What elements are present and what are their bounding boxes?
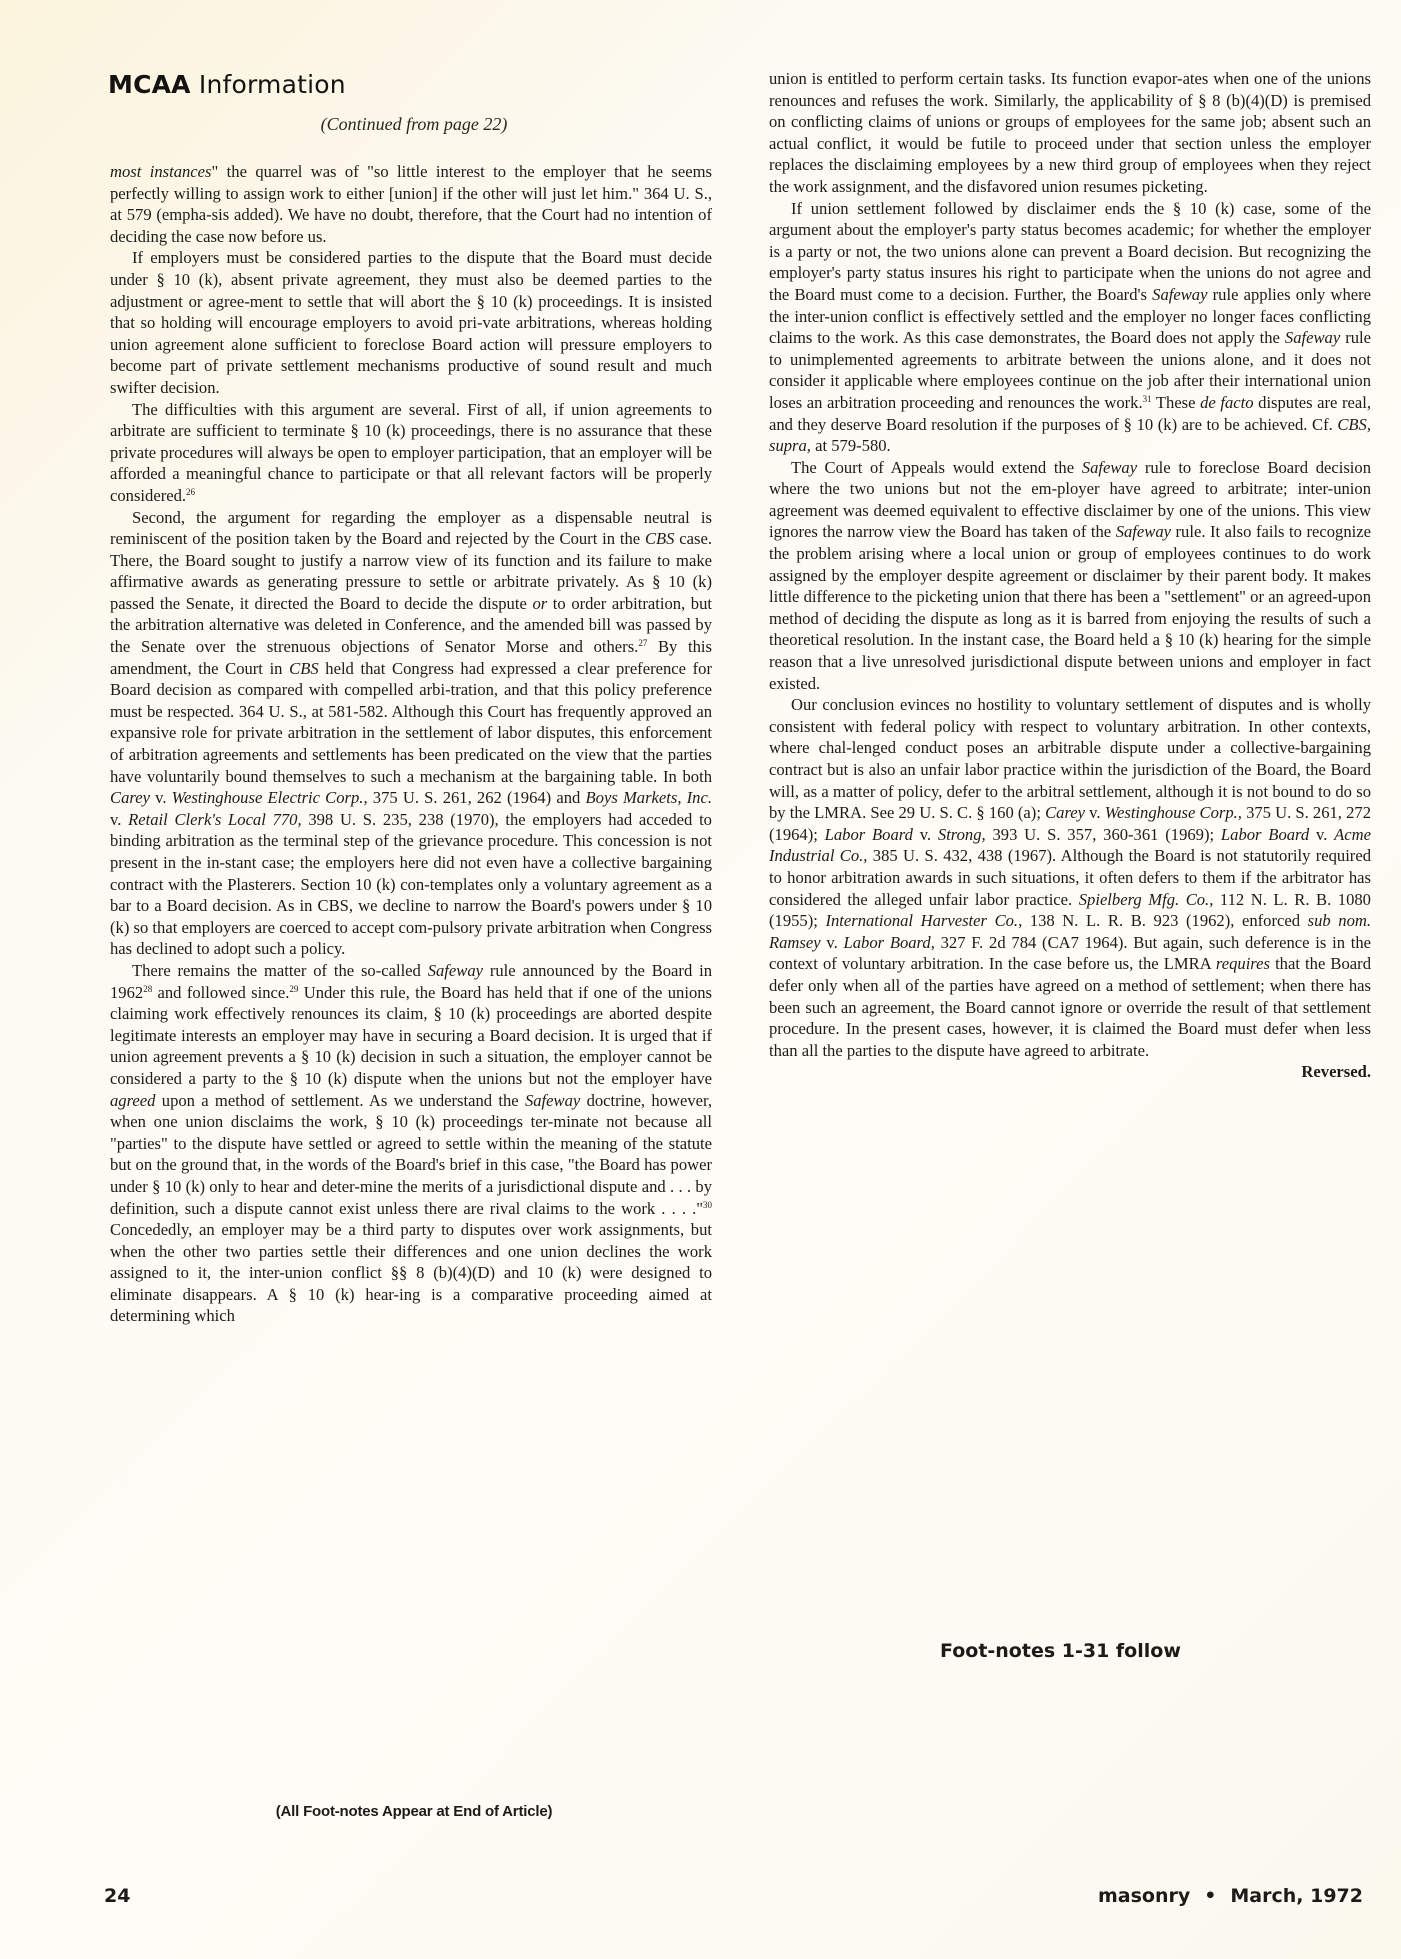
issue-date: March, 1972 — [1230, 1885, 1363, 1907]
closing-reversed: Reversed. — [769, 1061, 1371, 1083]
body-text: There remains the matter of the so-calle… — [132, 961, 428, 980]
continued-note: (Continued from page 22) — [108, 114, 720, 135]
body-text: v. — [821, 933, 844, 952]
italic-text: requires — [1216, 954, 1270, 973]
right-paragraph: Our conclusion evinces no hostility to v… — [769, 694, 1371, 1061]
left-paragraph: If employers must be considered parties … — [110, 247, 712, 398]
heading-information: Information — [191, 70, 346, 99]
body-text: at 579-580. — [811, 436, 891, 455]
body-text: union is entitled to perform certain tas… — [769, 69, 1371, 196]
body-text: v. — [150, 788, 172, 807]
heading-mcaa: MCAA — [108, 70, 191, 99]
italic-text: most instances — [110, 162, 212, 181]
italic-text: Westinghouse Corp., — [1105, 803, 1242, 822]
footnote-ref: 28 — [143, 984, 152, 994]
italic-text: de facto — [1200, 393, 1253, 412]
italic-text: Labor Board, — [844, 933, 935, 952]
italic-text: Retail Clerk's Local 770, — [128, 810, 302, 829]
italic-text: agreed — [110, 1091, 155, 1110]
body-text: and followed since. — [152, 983, 289, 1002]
footnotes-follow-note: Foot-notes 1-31 follow — [940, 1640, 1181, 1662]
body-text: These — [1152, 393, 1201, 412]
body-text: 138 N. L. R. B. 923 (1962), enforced — [1022, 911, 1307, 930]
italic-text: Safeway — [1116, 522, 1171, 541]
left-column: most instances" the quarrel was of "so l… — [110, 161, 712, 1327]
italic-text: Safeway — [1082, 458, 1137, 477]
publication-name: masonry — [1098, 1885, 1190, 1907]
body-text: v. — [110, 810, 128, 829]
right-paragraph: If union settlement followed by disclaim… — [769, 198, 1371, 457]
footnote-ref: 30 — [703, 1200, 712, 1210]
page-number: 24 — [104, 1885, 130, 1907]
left-paragraph: Second, the argument for regarding the e… — [110, 507, 712, 960]
italic-text: Spielberg Mfg. Co., — [1079, 890, 1214, 909]
italic-text: Labor Board — [825, 825, 913, 844]
right-column: union is entitled to perform certain tas… — [769, 68, 1371, 1083]
body-text: The difficulties with this argument are … — [110, 400, 712, 505]
left-paragraph: The difficulties with this argument are … — [110, 399, 712, 507]
italic-text: Safeway — [428, 961, 483, 980]
footnote-ref: 26 — [186, 487, 195, 497]
italic-text: Westinghouse Electric Corp., — [172, 788, 368, 807]
italic-text: Boys Markets, Inc. — [586, 788, 712, 807]
italic-text: Strong, — [938, 825, 986, 844]
italic-text: or — [532, 594, 547, 613]
italic-text: Carey — [1045, 803, 1085, 822]
italic-text: Labor Board — [1221, 825, 1309, 844]
body-text: Concededly, an employer may be a third p… — [110, 1220, 712, 1325]
italic-text: International Harvester Co., — [825, 911, 1022, 930]
italic-text: Safeway — [525, 1091, 580, 1110]
italic-text: Safeway — [1285, 328, 1340, 347]
italic-text: Safeway — [1152, 285, 1207, 304]
footnote-ref: 31 — [1143, 394, 1152, 404]
body-text: 393 U. S. 357, 360-361 (1969); — [986, 825, 1221, 844]
body-text: If employers must be considered parties … — [110, 248, 712, 397]
body-text: Second, the argument for regarding the e… — [110, 508, 712, 549]
footer-publication-date: masonry•March, 1972 — [1098, 1885, 1363, 1907]
article-heading: MCAA Information — [108, 70, 346, 99]
italic-text: Carey — [110, 788, 150, 807]
body-text: v. — [913, 825, 938, 844]
body-text: The Court of Appeals would extend the — [791, 458, 1082, 477]
left-paragraph: most instances" the quarrel was of "so l… — [110, 161, 712, 247]
body-text: v. — [1309, 825, 1334, 844]
footnote-notice: (All Foot-notes Appear at End of Article… — [108, 1803, 720, 1820]
italic-text: CBS — [645, 529, 675, 548]
footnote-ref: 27 — [638, 638, 647, 648]
body-text: upon a method of settlement. As we under… — [155, 1091, 524, 1110]
body-text: 375 U. S. 261, 262 (1964) and — [368, 788, 586, 807]
body-text: 398 U. S. 235, 238 (1970), the employers… — [110, 810, 712, 959]
bullet-icon: • — [1204, 1885, 1216, 1907]
left-paragraph: There remains the matter of the so-calle… — [110, 960, 712, 1327]
body-text: v. — [1085, 803, 1105, 822]
right-paragraph: The Court of Appeals would extend the Sa… — [769, 457, 1371, 695]
right-paragraph: union is entitled to perform certain tas… — [769, 68, 1371, 198]
body-text: rule. It also fails to recognize the pro… — [769, 522, 1371, 692]
italic-text: CBS — [289, 659, 319, 678]
